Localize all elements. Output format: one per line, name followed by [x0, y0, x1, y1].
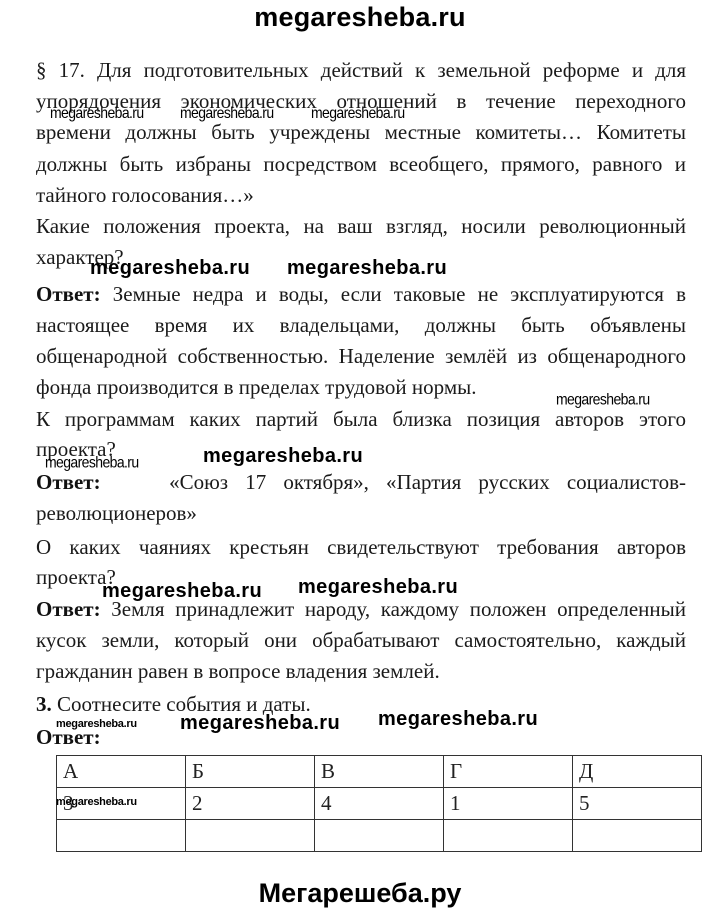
answer-line: гражданин равен в вопросе владения земле…: [36, 659, 686, 683]
table-header-cell: Г: [444, 756, 573, 788]
table-header-cell: А: [57, 756, 186, 788]
watermark: megaresheba.ru: [287, 257, 447, 280]
question-line: Какие положения проекта, на ваш взгляд, …: [36, 214, 686, 238]
table-cell: [315, 820, 444, 852]
watermark: megaresheba.ru: [90, 257, 250, 280]
answer-line: революционеров»: [36, 501, 686, 525]
table-cell: [444, 820, 573, 852]
answer-line: Ответ: Земные недра и воды, если таковые…: [36, 282, 686, 306]
watermark: megaresheba.ru: [56, 718, 137, 730]
watermark: megaresheba.ru: [311, 103, 405, 121]
table-cell: 4: [315, 788, 444, 820]
answer-label: Ответ:: [36, 282, 101, 306]
answer-label: Ответ:: [36, 470, 101, 494]
answer-line: кусок земли, который они обрабатывают са…: [36, 628, 686, 652]
watermark: megaresheba.ru: [378, 708, 538, 731]
table-cell: 1: [444, 788, 573, 820]
table-row: 3 2 4 1 5: [57, 788, 702, 820]
answer-line: Ответ: «Союз 17 октября», «Партия русски…: [36, 470, 686, 494]
table-row: А Б В Г Д: [57, 756, 702, 788]
quote-line: времени должны быть учреждены местные ко…: [36, 120, 686, 144]
quote-line: должны быть избраны посредством всеобщег…: [36, 152, 686, 176]
table-header-cell: Б: [186, 756, 315, 788]
answer-text: Земные недра и воды, если таковые не экс…: [101, 282, 686, 306]
table-cell: [186, 820, 315, 852]
answer-table: А Б В Г Д 3 2 4 1 5: [56, 755, 702, 852]
watermark: megaresheba.ru: [180, 712, 340, 735]
watermark: megaresheba.ru: [180, 103, 274, 121]
table-row: [57, 820, 702, 852]
table-cell: 5: [573, 788, 702, 820]
table-header-cell: Д: [573, 756, 702, 788]
quote-line: § 17. Для подготовительных действий к зе…: [36, 58, 686, 82]
question-line: О каких чаяниях крестьян свидетельствуют…: [36, 535, 686, 559]
watermark: megaresheba.ru: [556, 390, 650, 408]
site-header-title: megaresheba.ru: [0, 2, 720, 33]
answer-line: настоящее время их владельцами, должны б…: [36, 313, 686, 337]
table-cell: [573, 820, 702, 852]
answer-label: Ответ:: [36, 597, 101, 621]
watermark: megaresheba.ru: [102, 580, 262, 603]
answer-text: «Союз 17 октября», «Партия русских социа…: [169, 470, 686, 494]
table-header-cell: В: [315, 756, 444, 788]
quote-line: тайного голосования…»: [36, 183, 686, 207]
watermark: megaresheba.ru: [56, 796, 137, 808]
task-heading: 3. Соотнесите события и даты.: [36, 692, 686, 716]
watermark: megaresheba.ru: [298, 576, 458, 599]
answer-line: общенародной собственностью. Наделение з…: [36, 344, 686, 368]
question-line: К программам каких партий была близка по…: [36, 407, 686, 431]
task-number: 3.: [36, 692, 52, 716]
watermark: megaresheba.ru: [45, 453, 139, 471]
table-cell: 2: [186, 788, 315, 820]
site-footer-title: Мегарешеба.ру: [0, 878, 720, 909]
watermark: megaresheba.ru: [203, 445, 363, 468]
table-cell: [57, 820, 186, 852]
watermark: megaresheba.ru: [50, 103, 144, 121]
